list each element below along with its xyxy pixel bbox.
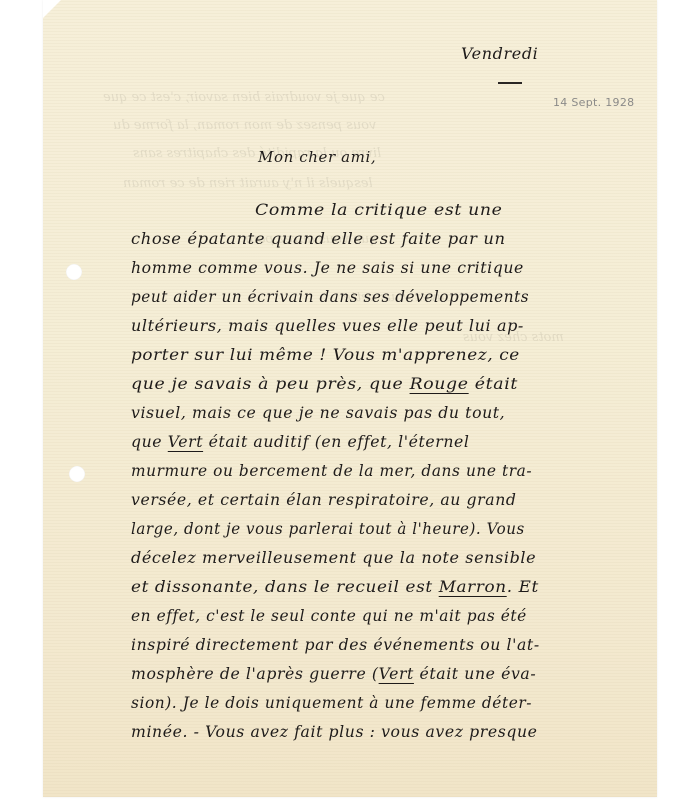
letter-line: que Vert était auditif (en effet, l'éter… (131, 432, 469, 452)
line-text: que (131, 432, 162, 451)
bleed-through-text: ce que je voudrais bien savoir, c'est ce… (103, 90, 385, 105)
line-text: . Et (507, 577, 539, 596)
salutation: Mon cher ami, (258, 148, 376, 166)
title-vert: Vert (168, 432, 203, 451)
title-rouge: Rouge (410, 374, 469, 393)
letter-line: chose épatante quand elle est faite par … (131, 229, 506, 249)
letter-line: sion). Je le dois uniquement à une femme… (131, 693, 532, 713)
letter-line: inspiré directement par des événements o… (131, 635, 540, 655)
letter-line: murmure ou bercement de la mer, dans une… (131, 461, 532, 481)
line-text: mosphère de l'après guerre ( (131, 664, 379, 683)
title-marron: Marron (439, 577, 507, 596)
title-vert: Vert (379, 664, 414, 683)
bleed-through-text: vous pensez de mon roman, la forme du (113, 118, 376, 133)
letter-line: que je savais à peu près, que Rouge étai… (131, 374, 518, 394)
letter-line: porter sur lui même ! Vous m'apprenez, c… (131, 345, 520, 365)
line-text: que je savais à peu près, que (131, 374, 403, 393)
letter-line: et dissonante, dans le recueil est Marro… (131, 577, 539, 597)
letter-line: peut aider un écrivain dans ses développ… (131, 287, 529, 307)
letter-line: décelez merveilleusement que la note sen… (131, 548, 536, 568)
punch-hole-bottom (69, 466, 85, 482)
line-text: était (469, 374, 518, 393)
letter-line: ultérieurs, mais quelles vues elle peut … (131, 316, 524, 336)
folded-corner (43, 0, 61, 18)
letter-line: Comme la critique est une (255, 200, 503, 220)
letter-line: homme comme vous. Je ne sais si une crit… (131, 258, 524, 278)
punch-hole-top (66, 264, 82, 280)
letter-day: Vendredi (461, 44, 538, 63)
line-text: et dissonante, dans le recueil est (131, 577, 433, 596)
header-dash (498, 82, 522, 84)
line-text: était une éva- (414, 664, 536, 683)
letter-page: ce que je voudrais bien savoir, c'est ce… (43, 0, 657, 797)
letter-line: minée. - Vous avez fait plus : vous avez… (131, 722, 538, 742)
date-annotation: 14 Sept. 1928 (553, 96, 634, 109)
letter-line: mosphère de l'après guerre (Vert était u… (131, 664, 536, 684)
letter-line: visuel, mais ce que je ne savais pas du … (131, 403, 505, 423)
letter-line: large, dont je vous parlerai tout à l'he… (131, 519, 525, 539)
letter-line: en effet, c'est le seul conte qui ne m'a… (131, 606, 527, 626)
bleed-through-text: lesquels il n'y aurait rien de ce roman (123, 176, 373, 191)
line-text: était auditif (en effet, l'éternel (203, 432, 469, 451)
letter-line: versée, et certain élan respiratoire, au… (131, 490, 517, 510)
